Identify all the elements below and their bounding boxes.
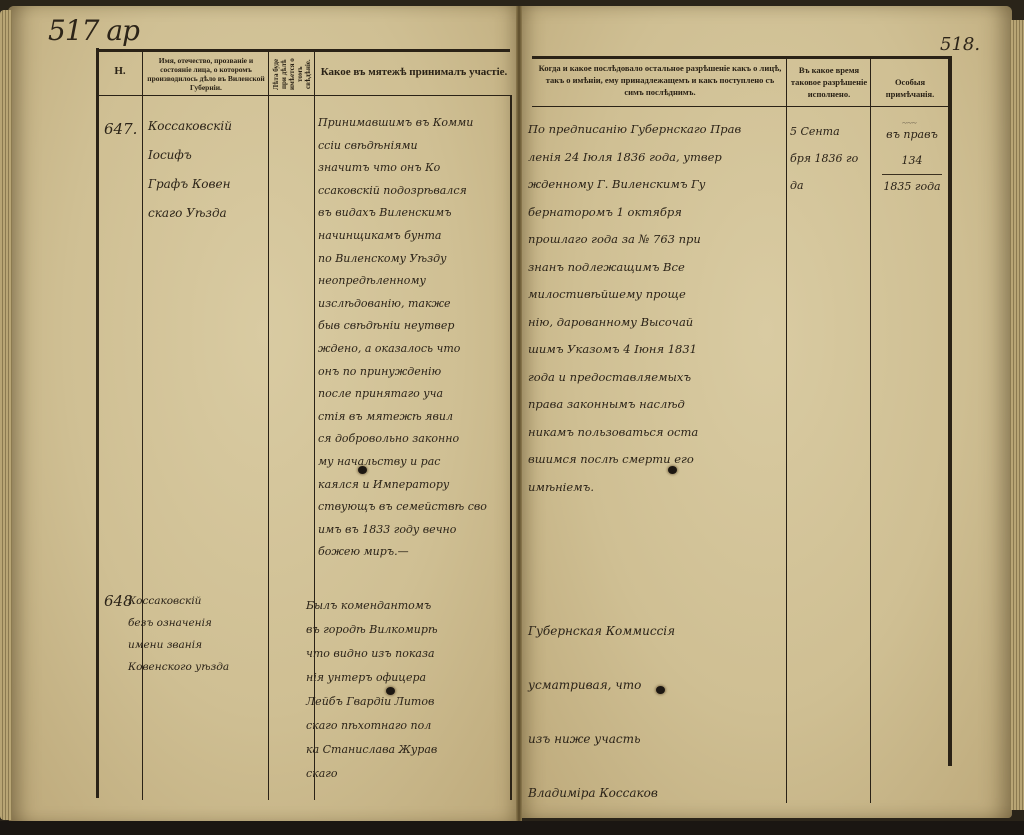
right-page-edges	[1010, 20, 1024, 810]
header-number: Н.	[100, 66, 140, 76]
header-name: Имя, отечество, прозваніе и состояніе ли…	[145, 56, 267, 92]
book-gutter	[516, 6, 522, 822]
entry-name: Коссаковскій безъ означенія имени званія…	[128, 590, 268, 678]
table-border-right	[948, 56, 952, 766]
header-executed-when: Въ какое время таковое разрѣшеніе исполн…	[788, 64, 870, 100]
header-participation: Какое въ мятежѣ принималъ участіе.	[318, 67, 510, 77]
folio-number-right: 518.	[940, 34, 980, 55]
header-bottom-rule-right	[532, 106, 952, 107]
paper-hole	[668, 466, 677, 474]
ledger-spread: 517 ap 518. Н. Имя, отечество, прозваніе…	[0, 0, 1024, 835]
paper-hole	[656, 686, 665, 694]
entry-resolution: Губернская Коммиссія усматривая, что изъ…	[528, 604, 790, 820]
entry-name: Коссаковскій Іосифъ Графъ Ковен скаго Уѣ…	[148, 112, 266, 228]
header-resolution: Когда и какое послѣдовало остальное разр…	[536, 62, 784, 98]
entry-number: 647.	[104, 114, 137, 145]
bottom-shadow	[0, 821, 1024, 835]
paper-hole	[358, 466, 367, 474]
table-border-left	[96, 48, 99, 798]
column-divider	[870, 58, 871, 803]
underline-mark	[882, 174, 942, 175]
column-divider	[142, 52, 143, 800]
entry-remarks: въ правъ 134 1835 года	[876, 122, 948, 200]
header-date-vertical: Лѣта буде при дѣлѣ имѣется о томъ свѣдѣн…	[272, 54, 312, 94]
entry-participation: Былъ комендантомъ въ городѣ Вилкомирѣ чт…	[306, 594, 514, 786]
entry-resolution: По предписанію Губернскаго Прав ленія 24…	[528, 116, 790, 501]
header-bottom-rule-left	[98, 95, 510, 96]
folio-number-left: 517 ap	[48, 14, 139, 47]
entry-participation: Принимавшимъ въ Комми ссіи свѣдѣніями зн…	[318, 112, 512, 564]
entry-executed-when: 5 Сента бря 1836 го да	[790, 118, 870, 199]
header-top-rule-right	[532, 56, 952, 59]
header-remarks: Особыя примѣчанія.	[872, 76, 948, 100]
left-page-edges	[0, 10, 12, 820]
paper-hole	[386, 687, 395, 695]
header-top-rule-left	[98, 49, 510, 52]
column-divider	[268, 52, 269, 800]
